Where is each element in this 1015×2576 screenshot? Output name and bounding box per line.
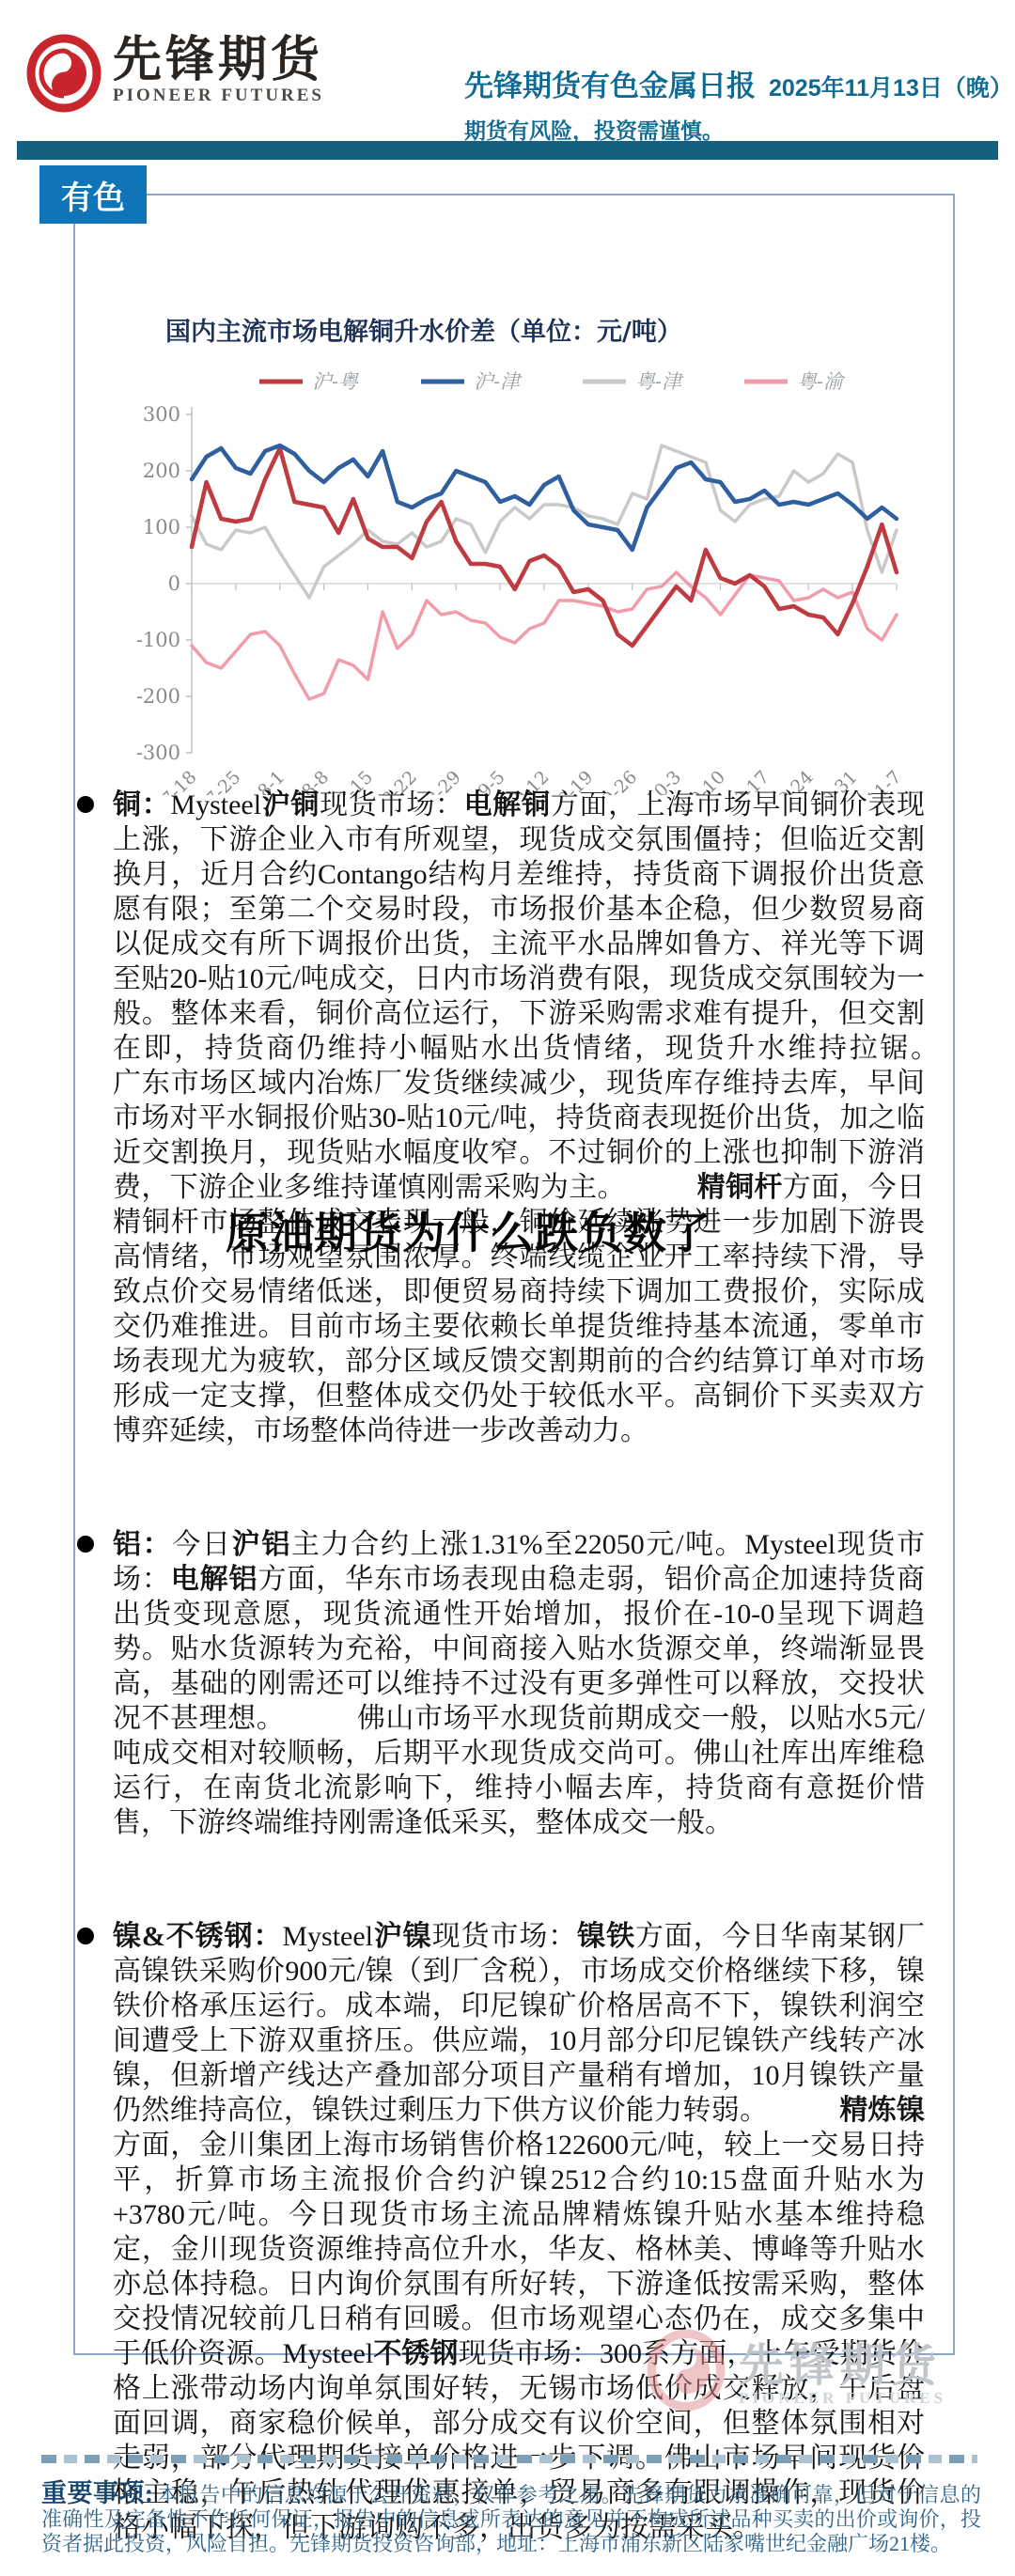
bullet-item: 铜：Mysteel沪铜现货市场：电解铜方面，上海市场早间铜价表现上涨，下游企业入… [113, 788, 925, 1448]
bullet-list: 铜：Mysteel沪铜现货市场：电解铜方面，上海市场早间铜价表现上涨，下游企业入… [113, 788, 925, 2545]
y-tick-label: -200 [137, 685, 180, 708]
bullet-keyword: 铜： [113, 789, 170, 820]
pioneer-logo-watermark-icon [647, 2329, 726, 2412]
brand-en: PIONEER FUTURES [113, 86, 324, 105]
bullet-text: Mysteel [282, 1921, 373, 1952]
series-line-粤-津 [192, 445, 897, 598]
bullet-keyword: 镍铁 [577, 1921, 635, 1952]
bullet-dot-icon [77, 796, 94, 813]
watermark-brand-cn: 先锋期货 [739, 2342, 946, 2389]
bullet-keyword: 电解铜 [464, 789, 551, 820]
footer-disclaimer: 重要事项:本报告中的信息均源于公开资料，仅作参考之用。先锋期货力求准确可靠，但对… [41, 2481, 981, 2556]
bullet-dot-icon [77, 1536, 94, 1553]
legend-label: 粤-渝 [797, 370, 846, 393]
section-tag-nonferrous: 有色 [39, 165, 147, 224]
y-tick-label: 0 [168, 572, 180, 595]
bullet-text: 方面，上海市场早间铜价表现上涨，下游企业入市有所观望，现货成交氛围僵持；但临近交… [113, 789, 1009, 1203]
bullet-item: 镍&不锈钢：Mysteel沪镍现货市场：镍铁方面，今日华南某钢厂高镍铁采购价90… [113, 1919, 925, 2545]
footer-watermark: 先锋期货 PIONEER FUTURES [647, 2329, 946, 2412]
y-tick-label: 200 [143, 460, 180, 482]
bullet-text: 现货市场： [432, 1921, 577, 1952]
bullet-keyword: 铝： [113, 1529, 172, 1560]
bullet-keyword: 沪铜 [261, 789, 320, 820]
legend-label: 沪-粤 [312, 370, 359, 393]
bullet-dot-icon [77, 1928, 94, 1944]
content-card: 国内主流市场电解铜升水价差（单位：元/吨）沪-粤沪-津粤-津粤-渝3002001… [73, 194, 955, 2355]
bullet-text: 今日 [172, 1529, 231, 1560]
overlay-caption: 原油期货为什么跌负数了 [226, 1199, 711, 1261]
bullet-keyword: 精炼镍 [839, 2095, 925, 2126]
bullet-text: 现货市场： [320, 789, 463, 820]
watermark-brand-en: PIONEER FUTURES [739, 2389, 946, 2408]
y-tick-label: -100 [137, 629, 180, 651]
chart-title: 国内主流市场电解铜升水价差（单位：元/吨） [165, 317, 682, 347]
y-tick-label: -300 [137, 742, 180, 764]
legend-label: 沪-津 [474, 370, 523, 393]
chart-canvas: 国内主流市场电解铜升水价差（单位：元/吨）沪-粤沪-津粤-津粤-渝3002001… [137, 306, 955, 795]
y-tick-label: 100 [143, 516, 180, 539]
footer-disclaimer-text: 本报告中的信息均源于公开资料，仅作参考之用。先锋期货力求准确可靠，但对于信息的准… [41, 2483, 981, 2555]
bullet-keyword: 电解铝 [171, 1564, 258, 1595]
report-page: 先锋期货 PIONEER FUTURES 先锋期货有色金属日报2025年11月1… [0, 0, 1015, 2576]
legend-label: 粤-津 [635, 370, 684, 393]
series-line-粤-渝 [192, 572, 897, 699]
bullet-text: 方面，华东市场表现由稳走弱，铝价高企加速持货商出货变现意愿，现货流通性开始增加，… [113, 1564, 925, 1838]
footer-label: 重要事项: [41, 2479, 153, 2507]
y-tick-label: 300 [143, 403, 180, 426]
footer-dashed-divider [41, 2455, 977, 2463]
bullet-keyword: 沪铝 [232, 1529, 291, 1560]
header-logo: 先锋期货 PIONEER FUTURES [26, 34, 324, 113]
report-date: 2025年11月13日（晚） [769, 75, 1013, 101]
bullet-keyword: 镍&不锈钢： [113, 1921, 282, 1952]
bullet-text: Mysteel [170, 789, 261, 820]
bullet-keyword: 不锈钢 [373, 2338, 458, 2369]
header-titles: 先锋期货有色金属日报2025年11月13日（晚） 期货有风险，投资需谨慎。 [464, 62, 1013, 145]
report-title: 先锋期货有色金属日报 [464, 70, 756, 102]
brand-cn: 先锋期货 [113, 34, 324, 86]
header-divider-bar [17, 141, 998, 160]
bullet-item: 铝：今日沪铝主力合约上涨1.31%至22050元/吨。Mysteel现货市场：电… [113, 1527, 925, 1840]
bullet-keyword: 沪镍 [373, 1921, 432, 1952]
series-line-沪-津 [192, 445, 897, 550]
pioneer-logo-icon [26, 34, 101, 113]
copper-premium-chart: 国内主流市场电解铜升水价差（单位：元/吨）沪-粤沪-津粤-津粤-渝3002001… [137, 306, 955, 795]
